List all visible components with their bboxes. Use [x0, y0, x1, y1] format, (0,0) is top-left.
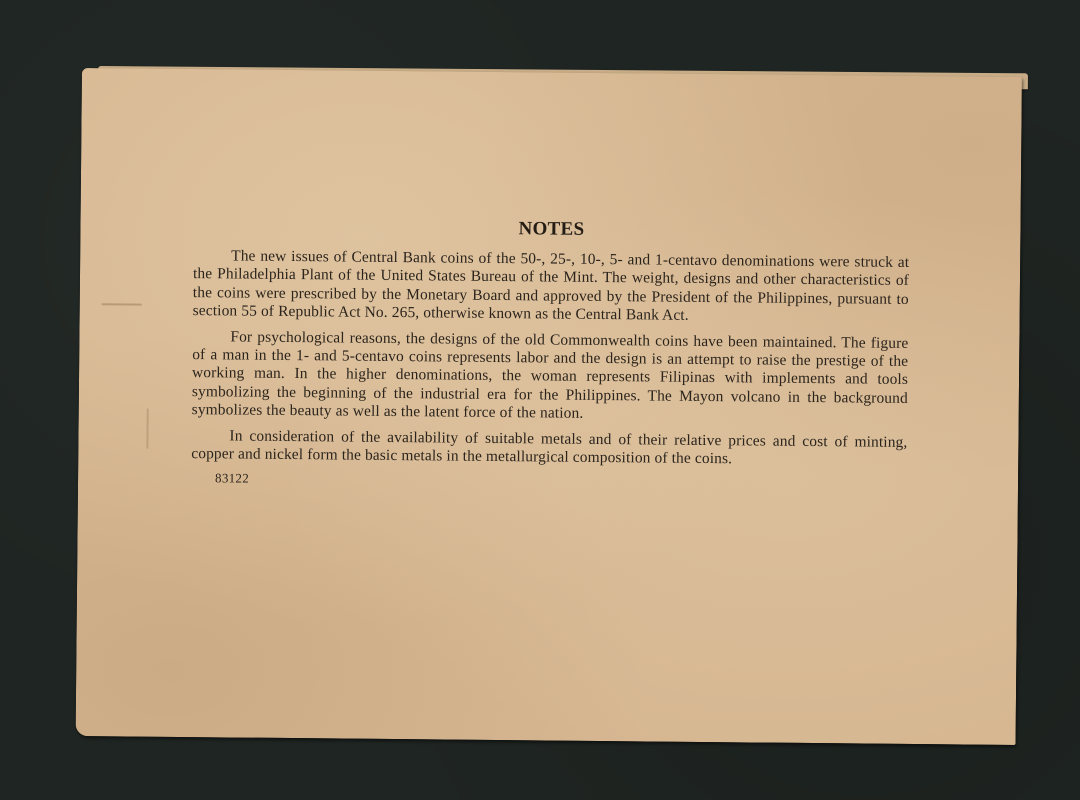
document-title: NOTES: [193, 215, 909, 244]
print-code: 83122: [215, 471, 907, 494]
paragraph-coin-issues: The new issues of Central Bank coins of …: [193, 247, 910, 327]
fold-crease: [102, 303, 142, 305]
document-sheet: NOTES The new issues of Central Bank coi…: [76, 68, 1022, 745]
fold-crease-vertical: [146, 409, 148, 449]
paragraph-metals: In consideration of the availability of …: [191, 427, 907, 471]
paragraph-designs: For psychological reasons, the designs o…: [192, 328, 909, 427]
document-body: NOTES The new issues of Central Bank coi…: [191, 215, 910, 493]
